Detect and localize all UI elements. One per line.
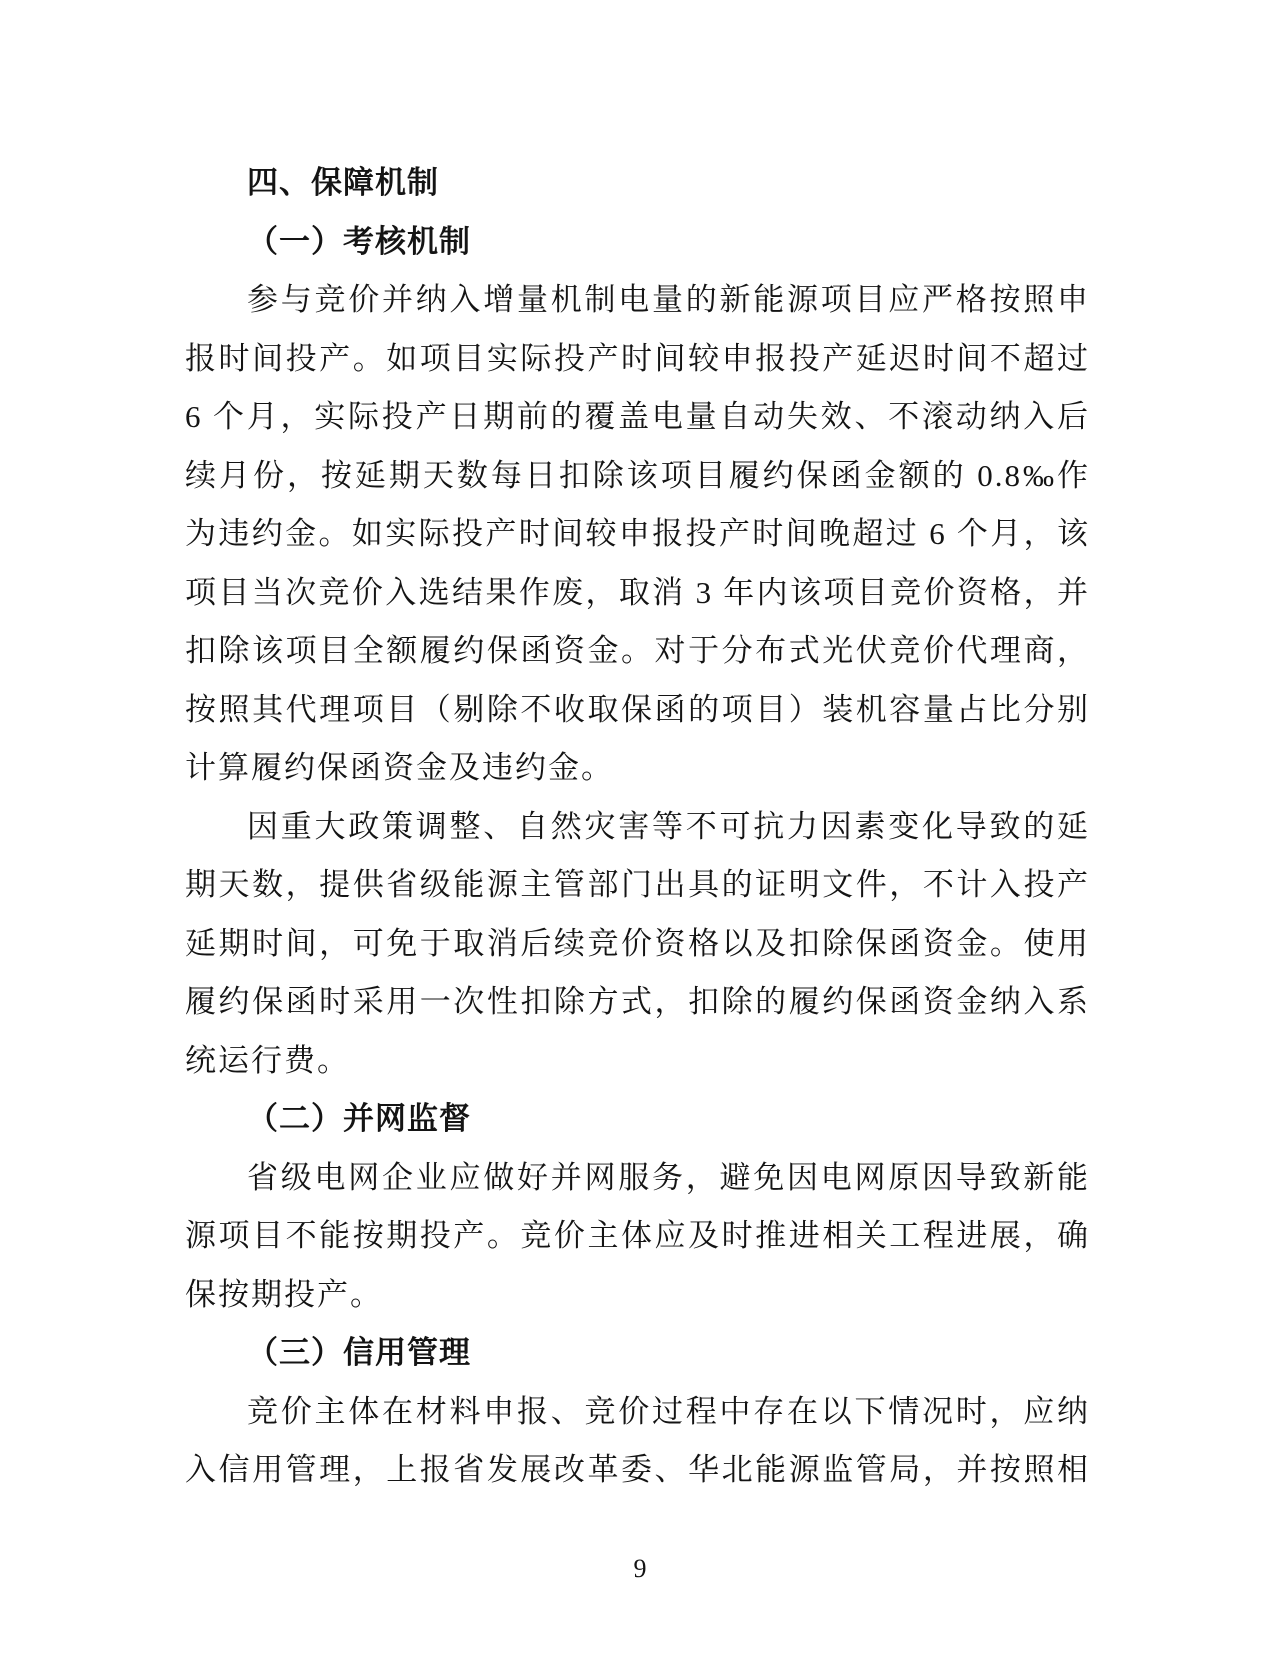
text-line: 参与竞价并纳入增量机制电量的新能源项目应严格按照申 — [185, 271, 1090, 330]
text-line: 报时间投产。如项目实际投产时间较申报投产延迟时间不超过 — [185, 330, 1090, 389]
text-line: 保按期投产。 — [185, 1266, 1090, 1325]
text-line: 为违约金。如实际投产时间较申报投产时间晚超过 6 个月，该 — [185, 505, 1090, 564]
page-number: 9 — [0, 1552, 1280, 1586]
section-heading: （二）并网监督 — [185, 1090, 1090, 1149]
text-line: 统运行费。 — [185, 1032, 1090, 1091]
text-line: 6 个月，实际投产日期前的覆盖电量自动失效、不滚动纳入后 — [185, 388, 1090, 447]
text-line: 因重大政策调整、自然灾害等不可抗力因素变化导致的延 — [185, 798, 1090, 857]
document-page: 四、保障机制 （一）考核机制 参与竞价并纳入增量机制电量的新能源项目应严格按照申… — [0, 0, 1280, 1656]
text-line: 续月份，按延期天数每日扣除该项目履约保函金额的 0.8‰作 — [185, 447, 1090, 506]
text-line: 计算履约保函资金及违约金。 — [185, 739, 1090, 798]
text-line: 扣除该项目全额履约保函资金。对于分布式光伏竞价代理商， — [185, 622, 1090, 681]
text-line: 入信用管理，上报省发展改革委、华北能源监管局，并按照相 — [185, 1441, 1090, 1500]
text-line: 按照其代理项目（剔除不收取保函的项目）装机容量占比分别 — [185, 681, 1090, 740]
text-line: 竞价主体在材料申报、竞价过程中存在以下情况时，应纳 — [185, 1383, 1090, 1442]
text-line: 项目当次竞价入选结果作废，取消 3 年内该项目竞价资格，并 — [185, 564, 1090, 623]
text-line: 履约保函时采用一次性扣除方式，扣除的履约保函资金纳入系 — [185, 973, 1090, 1032]
chapter-heading: 四、保障机制 — [185, 154, 1090, 213]
document-text-block: 四、保障机制 （一）考核机制 参与竞价并纳入增量机制电量的新能源项目应严格按照申… — [185, 154, 1090, 1500]
text-line: 延期时间，可免于取消后续竞价资格以及扣除保函资金。使用 — [185, 915, 1090, 974]
section-heading: （三）信用管理 — [185, 1324, 1090, 1383]
text-line: 源项目不能按期投产。竞价主体应及时推进相关工程进展，确 — [185, 1207, 1090, 1266]
text-line: 省级电网企业应做好并网服务，避免因电网原因导致新能 — [185, 1149, 1090, 1208]
section-heading: （一）考核机制 — [185, 213, 1090, 272]
text-line: 期天数，提供省级能源主管部门出具的证明文件，不计入投产 — [185, 856, 1090, 915]
